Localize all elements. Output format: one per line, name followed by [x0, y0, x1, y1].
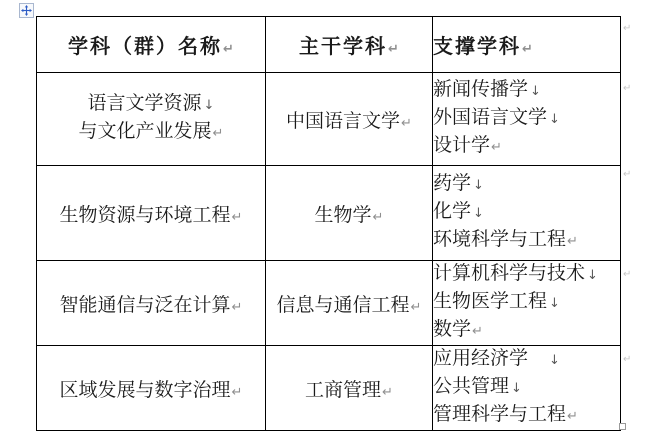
cell-text: 应用经济学 — [433, 348, 547, 369]
cell-line: 生物医学工程↓ — [433, 289, 620, 317]
paragraph-mark: ↵ — [472, 324, 483, 339]
cell-text: 新闻传播学 — [433, 79, 528, 100]
main-subject-cell[interactable]: 生物学↵ — [266, 166, 433, 261]
cell-text: 主干学科 — [299, 36, 387, 58]
cell-text: 环境科学与工程 — [433, 229, 566, 250]
cell-line: 语言文学资源↓ — [37, 91, 265, 119]
cell-text: 智能通信与泛在计算 — [60, 295, 231, 316]
cell-line: 外国语言文学↓ — [433, 105, 620, 133]
line-break-mark: ↓ — [511, 381, 522, 396]
table-row: 语言文学资源↓与文化产业发展↵中国语言文学↵新闻传播学↓外国语言文学↓设计学↵ — [37, 73, 621, 166]
main-subject-cell[interactable]: 工商管理↵ — [266, 346, 433, 431]
cell-line: 环境科学与工程↵ — [433, 227, 620, 255]
paragraph-mark: ↵ — [388, 42, 399, 57]
cell-text: 管理科学与工程 — [433, 404, 566, 425]
end-of-row-mark: ↵ — [623, 270, 631, 280]
subject-group-name-cell[interactable]: 语言文学资源↓与文化产业发展↵ — [37, 73, 266, 166]
cell-text: 语言文学资源 — [88, 93, 202, 114]
paragraph-mark: ↵ — [491, 140, 502, 155]
cell-line: 生物资源与环境工程↵ — [37, 200, 265, 227]
cell-line: 应用经济学 ↓ — [433, 346, 620, 374]
support-subjects-cell[interactable]: 新闻传播学↓外国语言文学↓设计学↵ — [433, 73, 621, 166]
cell-line: 区域发展与数字治理↵ — [37, 375, 265, 402]
end-of-row-mark: ↵ — [623, 355, 631, 365]
cell-line: 管理科学与工程↵ — [433, 402, 620, 430]
line-break-mark: ↓ — [549, 112, 560, 127]
cell-text: 区域发展与数字治理 — [60, 380, 231, 401]
header-row: 学科（群）名称↵主干学科↵支撑学科↵ — [37, 17, 621, 73]
paragraph-mark: ↵ — [232, 300, 243, 315]
column-header-support-subjects[interactable]: 支撑学科↵ — [433, 17, 621, 73]
cell-line: 设计学↵ — [433, 133, 620, 161]
cell-line: 公共管理↓ — [433, 374, 620, 402]
table-row: 生物资源与环境工程↵生物学↵药学↓化学↓环境科学与工程↵ — [37, 166, 621, 261]
paragraph-mark: ↵ — [522, 42, 533, 57]
subject-group-table: 学科（群）名称↵主干学科↵支撑学科↵ 语言文学资源↓与文化产业发展↵中国语言文学… — [36, 16, 621, 431]
column-header-main-subject[interactable]: 主干学科↵ — [266, 17, 433, 73]
cell-text: 设计学 — [433, 135, 490, 156]
support-subjects-cell[interactable]: 药学↓化学↓环境科学与工程↵ — [433, 166, 621, 261]
main-subject-cell[interactable]: 信息与通信工程↵ — [266, 261, 433, 346]
paragraph-mark: ↵ — [213, 126, 224, 141]
paragraph-mark: ↵ — [401, 116, 412, 131]
paragraph-mark: ↵ — [223, 42, 234, 57]
line-break-mark: ↓ — [549, 353, 560, 368]
cell-text: 药学 — [433, 173, 471, 194]
paragraph-mark: ↵ — [382, 385, 393, 400]
paragraph-mark: ↵ — [411, 300, 422, 315]
paragraph-mark: ↵ — [373, 210, 384, 225]
cell-line: 生物学↵ — [266, 200, 432, 227]
cell-text: 支撑学科 — [433, 36, 521, 58]
cell-text: 化学 — [433, 201, 471, 222]
table-row: 区域发展与数字治理↵工商管理↵应用经济学 ↓公共管理↓管理科学与工程↵ — [37, 346, 621, 431]
line-break-mark: ↓ — [549, 296, 560, 311]
paragraph-mark: ↵ — [232, 385, 243, 400]
document-page: 学科（群）名称↵主干学科↵支撑学科↵ 语言文学资源↓与文化产业发展↵中国语言文学… — [0, 0, 652, 436]
move-icon — [21, 5, 32, 16]
cell-line: 与文化产业发展↵ — [37, 119, 265, 147]
subject-group-name-cell[interactable]: 生物资源与环境工程↵ — [37, 166, 266, 261]
cell-text: 与文化产业发展 — [79, 121, 212, 142]
cell-text: 生物资源与环境工程 — [60, 205, 231, 226]
cell-text: 学科（群）名称 — [68, 36, 222, 58]
paragraph-mark: ↵ — [567, 409, 578, 424]
paragraph-mark: ↵ — [232, 210, 243, 225]
cell-text: 生物学 — [315, 205, 372, 226]
end-of-row-mark: ↵ — [623, 84, 631, 94]
line-break-mark: ↓ — [473, 206, 484, 221]
line-break-mark: ↓ — [473, 178, 484, 193]
cell-text: 工商管理 — [305, 380, 381, 401]
cell-text: 数学 — [433, 319, 471, 340]
paragraph-mark: ↵ — [567, 234, 578, 249]
table-row: 智能通信与泛在计算↵信息与通信工程↵计算机科学与技术↓生物医学工程↓数学↵ — [37, 261, 621, 346]
support-subjects-cell[interactable]: 应用经济学 ↓公共管理↓管理科学与工程↵ — [433, 346, 621, 431]
cell-line: 工商管理↵ — [266, 375, 432, 402]
support-subjects-cell[interactable]: 计算机科学与技术↓生物医学工程↓数学↵ — [433, 261, 621, 346]
end-of-row-mark: ↵ — [623, 24, 631, 34]
line-break-mark: ↓ — [530, 84, 541, 99]
cell-line: 信息与通信工程↵ — [266, 290, 432, 317]
cell-line: 智能通信与泛在计算↵ — [37, 290, 265, 317]
cell-line: 化学↓ — [433, 199, 620, 227]
cell-text: 公共管理 — [433, 376, 509, 397]
subject-group-name-cell[interactable]: 区域发展与数字治理↵ — [37, 346, 266, 431]
cell-line: 数学↵ — [433, 317, 620, 345]
cell-text: 计算机科学与技术 — [433, 263, 585, 284]
main-subject-cell[interactable]: 中国语言文学↵ — [266, 73, 433, 166]
line-break-mark: ↓ — [204, 98, 215, 113]
cell-text: 信息与通信工程 — [277, 295, 410, 316]
cell-line: 新闻传播学↓ — [433, 77, 620, 105]
table-move-handle[interactable] — [19, 3, 34, 18]
table-body: 语言文学资源↓与文化产业发展↵中国语言文学↵新闻传播学↓外国语言文学↓设计学↵生… — [37, 73, 621, 431]
cell-text: 生物医学工程 — [433, 291, 547, 312]
cell-line: 药学↓ — [433, 171, 620, 199]
end-of-row-mark: ↵ — [623, 170, 631, 180]
line-break-mark: ↓ — [587, 268, 598, 283]
cell-text: 中国语言文学 — [286, 111, 400, 132]
table-resize-handle[interactable] — [619, 423, 626, 430]
cell-text: 外国语言文学 — [433, 107, 547, 128]
subject-group-name-cell[interactable]: 智能通信与泛在计算↵ — [37, 261, 266, 346]
cell-line: 计算机科学与技术↓ — [433, 261, 620, 289]
cell-line: 中国语言文学↵ — [266, 106, 432, 133]
column-header-subject-group-name[interactable]: 学科（群）名称↵ — [37, 17, 266, 73]
